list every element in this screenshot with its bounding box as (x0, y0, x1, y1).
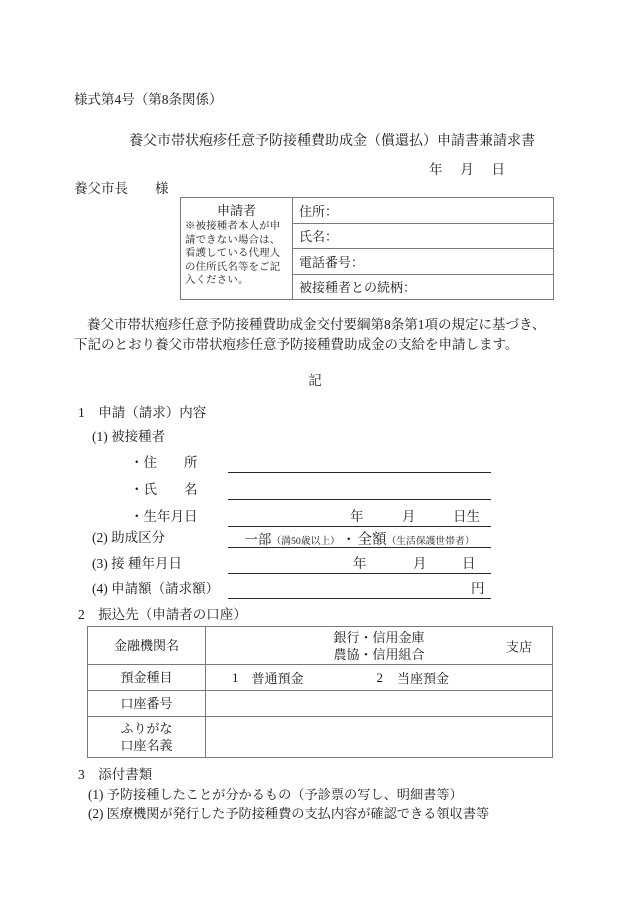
account-holder-value-cell (206, 717, 552, 757)
intro-line-1: 養父市帯状疱疹任意予防接種費助成金交付要綱第8条第1項の規定に基づき、 (74, 315, 560, 335)
recipient-birthdate-label: ・生年月日 (130, 509, 198, 525)
grant-category-line: 一部 （満50歳以上） ・ 全額 （生活保護世帯者） (228, 528, 491, 548)
bank-row-account-holder: ふりがな 口座名義 (88, 717, 552, 757)
applicant-relationship-label: 被接種者との続柄： (299, 277, 416, 296)
bank-row-account-type: 預金種目 1 普通預金 2 当座預金 (88, 665, 552, 691)
intro-line-2: 下記のとおり養父市帯状疱疹任意予防接種費助成金の支給を申請します。 (74, 335, 560, 355)
applicant-note: ※被接種者本人が申請できない場合は、看護している代理人の住所氏名等をご記入くださ… (185, 220, 288, 288)
institution-value-cell: 銀行・信用金庫 農協・信用組合 支店 (206, 627, 552, 664)
grant-option-full-note: （生活保護世帯者） (386, 533, 474, 547)
account-type-option1-label: 普通預金 (252, 668, 304, 687)
applicant-fields: 住所： 氏名： 電話番号： 被接種者との続柄： (293, 198, 553, 299)
addressee-name: 養父市長 (74, 181, 128, 196)
institution-type-line2: 農協・信用組合 (206, 646, 552, 663)
institution-types: 銀行・信用金庫 農協・信用組合 (206, 629, 552, 663)
date-month-label: 月 (460, 162, 474, 178)
recipient-birthdate-line: 年 月 日生 (228, 509, 491, 527)
applicant-field-name: 氏名： (293, 224, 553, 250)
form-number: 様式第4号（第8条関係） (74, 92, 223, 108)
date-line: 年 月 日 (429, 162, 505, 178)
recipient-address-label: ・住 所 (130, 455, 198, 471)
applicant-field-address: 住所： (293, 198, 553, 224)
institution-label: 金融機関名 (88, 627, 206, 664)
account-type-option2-number: 2 (377, 670, 384, 686)
attachment-item-2: (2) 医療機関が発行した予防接種費の支払内容が確認できる領収書等 (88, 806, 489, 822)
account-type-label: 預金種目 (88, 665, 206, 690)
record-marker: 記 (0, 369, 630, 389)
attachment-item-1: (1) 予防接種したことが分かるもの（予診票の写し、明細書等） (88, 787, 463, 803)
birth-year-unit: 年 (350, 505, 364, 525)
branch-label: 支店 (506, 636, 532, 655)
grant-option-separator: ・ (342, 528, 356, 548)
account-type-options: 1 普通預金 2 当座預金 (206, 665, 552, 690)
application-form-page: 様式第4号（第8条関係） 養父市帯状疱疹任意予防接種費助成金（償還払）申請書兼請… (0, 0, 630, 903)
bank-row-institution: 金融機関名 銀行・信用金庫 農協・信用組合 支店 (88, 627, 552, 665)
grant-option-full: 全額 (357, 528, 386, 549)
account-holder-name-label: 口座名義 (120, 737, 172, 754)
applicant-info-table: 申請者 ※被接種者本人が申請できない場合は、看護している代理人の住所氏名等をご記… (180, 197, 554, 300)
addressee-honorific: 様 (155, 181, 169, 196)
section2-heading: 2 振込先（申請者の口座） (78, 607, 247, 623)
account-holder-label: ふりがな 口座名義 (88, 717, 206, 757)
document-title: 養父市帯状疱疹任意予防接種費助成金（償還払）申請書兼請求書 (0, 130, 630, 150)
section3-heading: 3 添付書類 (78, 767, 152, 783)
birth-day-unit: 日生 (453, 505, 480, 525)
applicant-name-label: 氏名： (299, 226, 338, 245)
amount-line: 円 (228, 581, 491, 599)
birth-month-unit: 月 (402, 505, 416, 525)
recipient-name-label: ・氏 名 (130, 482, 198, 498)
applicant-field-phone: 電話番号： (293, 249, 553, 275)
account-number-label: 口座番号 (88, 691, 206, 716)
applicant-field-relationship: 被接種者との続柄： (293, 275, 553, 300)
vaccination-year-unit: 年 (353, 552, 367, 572)
bank-transfer-table: 金融機関名 銀行・信用金庫 農協・信用組合 支店 預金種目 1 普通預金 2 当… (87, 626, 553, 758)
applicant-label-cell: 申請者 ※被接種者本人が申請できない場合は、看護している代理人の住所氏名等をご記… (181, 198, 293, 299)
account-holder-furigana-label: ふりがな (120, 720, 172, 737)
applicant-phone-label: 電話番号： (299, 252, 364, 271)
grant-option-partial: 一部 (244, 528, 271, 548)
section1-heading: 1 申請（請求）内容 (78, 405, 206, 421)
recipient-name-line (228, 482, 491, 500)
account-number-value-cell (206, 691, 552, 716)
addressee-line: 養父市長様 (74, 181, 169, 197)
bank-row-account-number: 口座番号 (88, 691, 552, 717)
applicant-address-label: 住所： (299, 201, 338, 220)
vaccination-date-line: 年 月 日 (228, 556, 491, 574)
section1-recipient-heading: (1) 被接種者 (92, 429, 165, 445)
grant-category-label: (2) 助成区分 (92, 530, 165, 546)
institution-type-line1: 銀行・信用金庫 (206, 629, 552, 646)
grant-option-partial-note: （満50歳以上） (271, 533, 340, 547)
applicant-title: 申請者 (185, 200, 288, 219)
recipient-address-line (228, 455, 491, 473)
date-year-label: 年 (429, 162, 443, 178)
account-type-option2-label: 当座預金 (397, 668, 449, 687)
vaccination-month-unit: 月 (413, 552, 427, 572)
amount-yen-unit: 円 (471, 577, 485, 597)
account-type-option1-number: 1 (232, 670, 239, 686)
amount-label: (4) 申請額（請求額） (92, 581, 219, 597)
date-day-label: 日 (492, 162, 506, 178)
vaccination-date-label: (3) 接 種年月日 (92, 556, 182, 572)
vaccination-day-unit: 日 (462, 552, 476, 572)
intro-paragraph: 養父市帯状疱疹任意予防接種費助成金交付要綱第8条第1項の規定に基づき、 下記のと… (74, 315, 560, 355)
